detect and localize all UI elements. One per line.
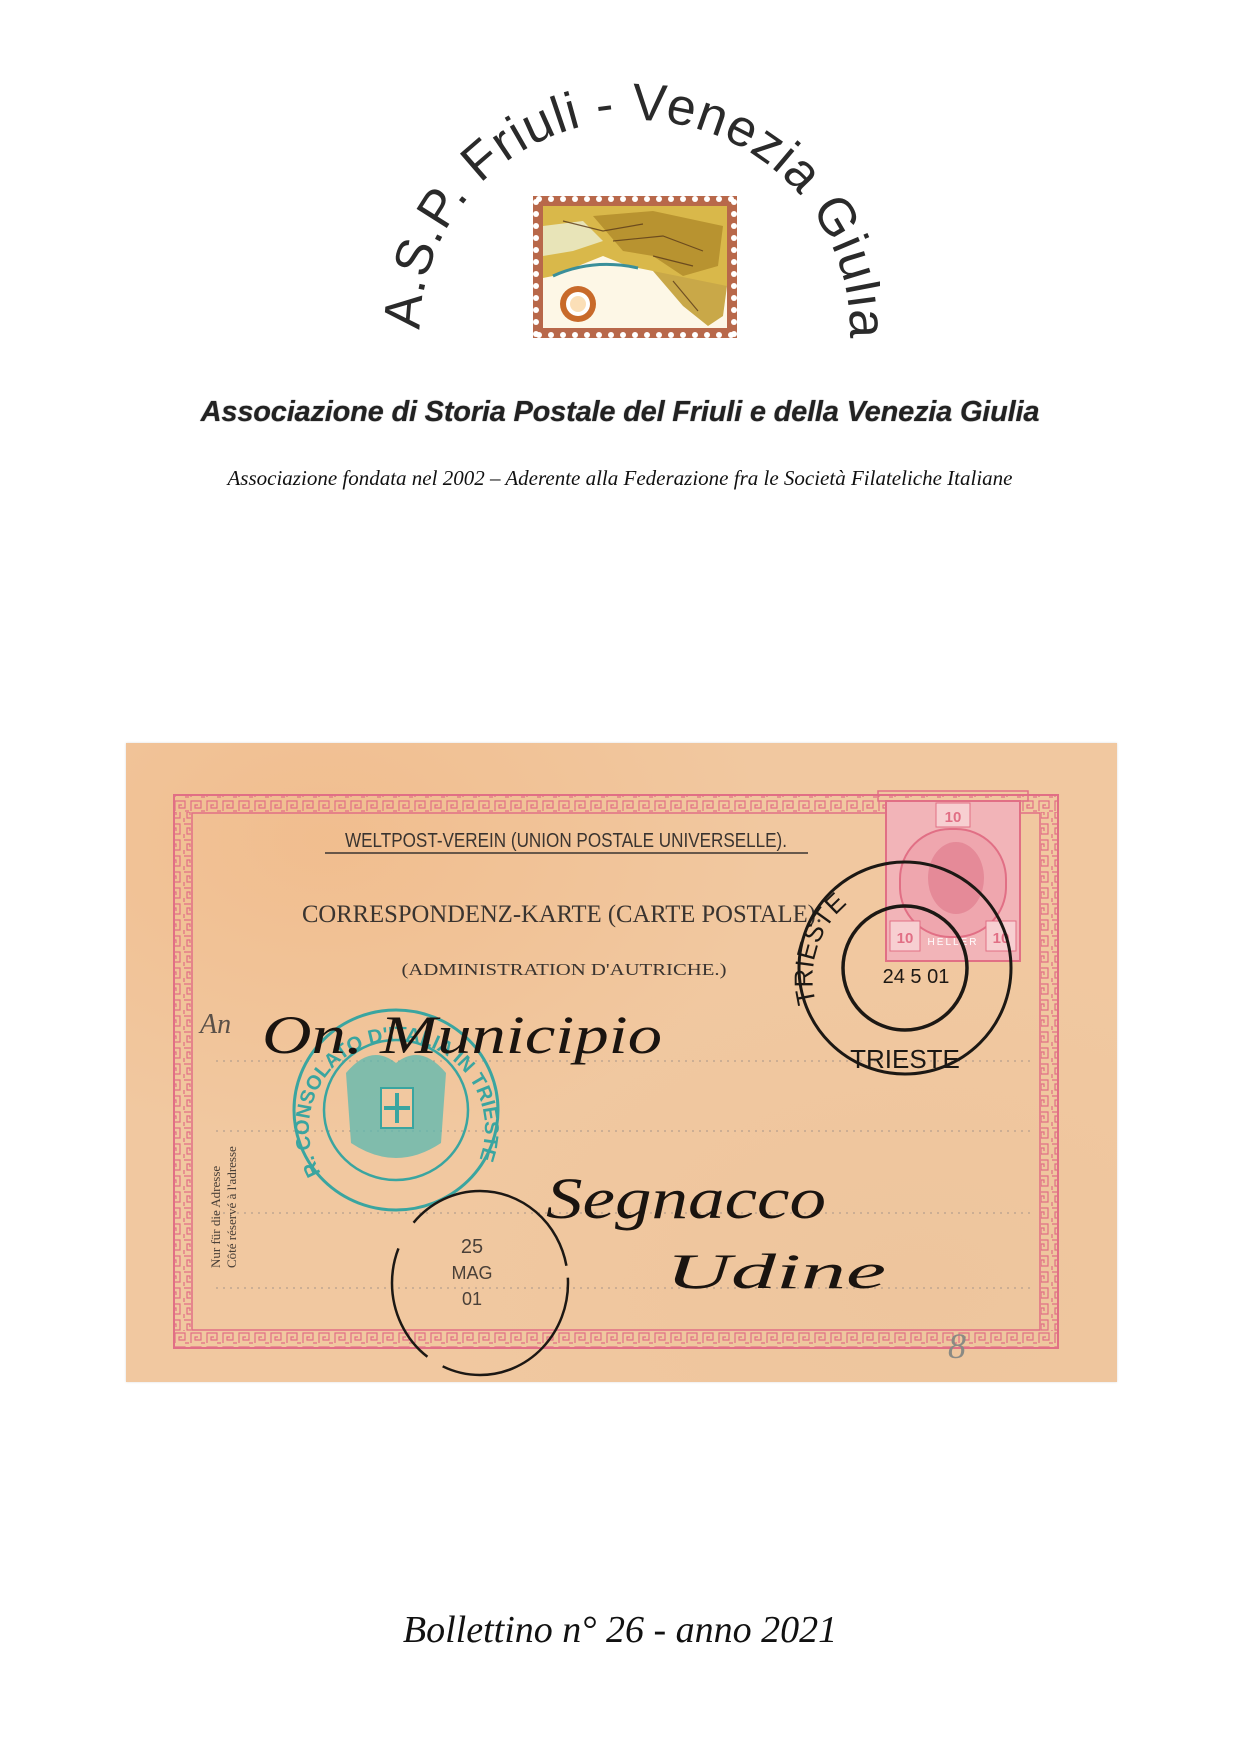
an-label: An: [198, 1009, 231, 1040]
pencil-note: 8: [948, 1326, 966, 1366]
bulletin-title: Bollettino n° 26 - anno 2021: [0, 1608, 1240, 1652]
postcard-artwork: WELTPOST-VEREIN (UNION POSTALE UNIVERSEL…: [126, 743, 1117, 1382]
svg-text:24 5 01: 24 5 01: [883, 966, 950, 988]
association-subtitle: Associazione fondata nel 2002 – Aderente…: [0, 466, 1240, 491]
svg-text:25: 25: [461, 1236, 483, 1258]
administration-line: (ADMINISTRATION D'AUTRICHE.): [402, 960, 727, 979]
association-title: Associazione di Storia Postale del Friul…: [0, 396, 1240, 429]
handwritten-address: On. Municipio Segnacco Udine: [262, 1005, 886, 1299]
svg-text:TRIESTE: TRIESTE: [850, 1044, 960, 1074]
svg-text:On. Municipio: On. Municipio: [262, 1005, 662, 1065]
svg-text:Nur für die Adresse: Nur für die Adresse: [208, 1166, 223, 1268]
postcard-image: WELTPOST-VEREIN (UNION POSTALE UNIVERSEL…: [126, 743, 1117, 1382]
side-note: Nur für die Adresse Côté réservé à l'adr…: [208, 1146, 239, 1268]
svg-text:10: 10: [945, 809, 962, 826]
card-type-line: CORRESPONDENZ-KARTE (CARTE POSTALE).: [302, 901, 822, 928]
svg-text:Udine: Udine: [666, 1243, 886, 1299]
svg-text:MAG: MAG: [451, 1263, 492, 1283]
svg-text:10: 10: [897, 930, 914, 947]
svg-text:HELLER: HELLER: [928, 937, 979, 948]
upu-line: WELTPOST-VEREIN (UNION POSTALE UNIVERSEL…: [345, 830, 787, 852]
map-stamp-icon: [533, 196, 737, 338]
svg-text:Segnacco: Segnacco: [546, 1166, 826, 1231]
svg-text:Côté réservé à l'adresse: Côté réservé à l'adresse: [224, 1146, 239, 1268]
svg-text:01: 01: [462, 1289, 482, 1309]
